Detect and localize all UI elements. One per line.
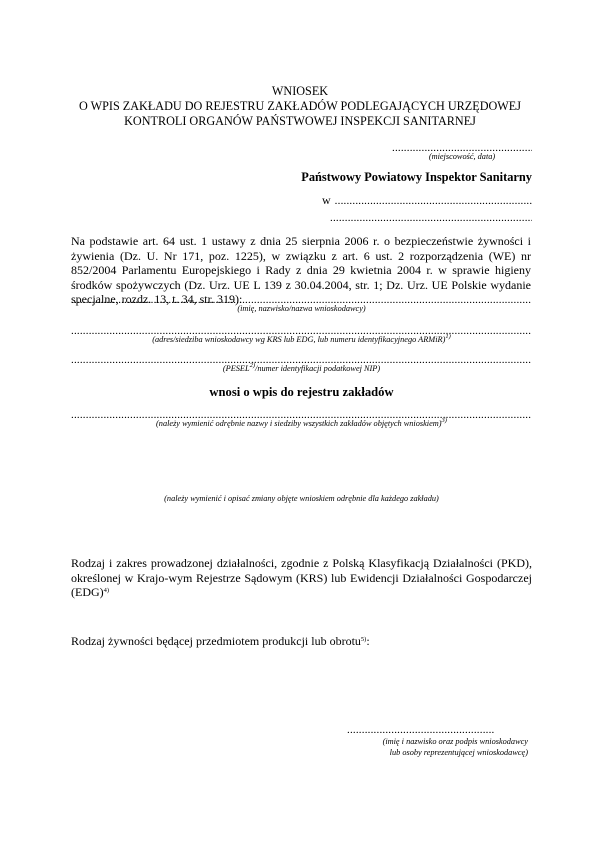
addressee-w-prefix: w [322, 193, 331, 208]
addressee-location-line: w ......................................… [322, 193, 532, 208]
applicant-address-caption: (adres/siedziba wnioskodawcy wg KRS lub … [71, 335, 532, 345]
activity-paragraph: Rodzaj i zakres prowadzonej działalności… [71, 556, 532, 600]
footnote-3: 3) [442, 417, 447, 424]
food-type-suffix: : [366, 634, 369, 648]
title-line-3: KONTROLI ORGANÓW PAŃSTWOWEJ INSPEKCJI SA… [60, 114, 540, 129]
request-heading: wnosi o wpis do rejestru zakładów [71, 385, 532, 400]
activity-text: Rodzaj i zakres prowadzonej działalności… [71, 556, 532, 599]
document-title: WNIOSEK O WPIS ZAKŁADU DO REJESTRU ZAKŁA… [60, 84, 540, 129]
footnote-4: 4) [104, 587, 109, 594]
applicant-address-caption-text: (adres/siedziba wnioskodawcy wg KRS lub … [152, 335, 445, 344]
pesel-caption-pre: (PESEL [223, 364, 250, 373]
food-type-line: Rodzaj żywności będącej przedmiotem prod… [71, 634, 532, 648]
place-date-caption: (miejscowość, data) [392, 152, 532, 162]
signature-caption-line-1: (imię i nazwisko oraz podpis wnioskodawc… [300, 736, 528, 747]
title-line-2: O WPIS ZAKŁADU DO REJESTRU ZAKŁADÓW PODL… [60, 99, 540, 114]
pesel-nip-caption: (PESEL2)/numer identyfikacji podatkowej … [71, 364, 532, 374]
establishments-caption-text: (należy wymienić odrębnie nazwy i siedzi… [156, 419, 442, 428]
establishments-caption: (należy wymienić odrębnie nazwy i siedzi… [71, 419, 532, 429]
food-type-text: Rodzaj żywności będącej przedmiotem prod… [71, 634, 361, 648]
signature-caption-line-2: lub osoby reprezentującej wnioskodawcę) [300, 747, 528, 758]
signature-dotted-line[interactable]: ........................................… [347, 725, 528, 735]
document-page: WNIOSEK O WPIS ZAKŁADU DO REJESTRU ZAKŁA… [0, 0, 599, 848]
addressee-title: Państwowy Powiatowy Inspektor Sanitarny [300, 170, 532, 185]
signature-caption: (imię i nazwisko oraz podpis wnioskodawc… [300, 736, 528, 758]
title-line-1: WNIOSEK [60, 84, 540, 99]
changes-caption: (należy wymienić i opisać zmiany objęte … [71, 494, 532, 504]
footnote-1: 1) [445, 333, 450, 340]
pesel-caption-post: /numer identyfikacji podatkowej NIP) [255, 364, 380, 373]
addressee-dotted-line-1[interactable]: ........................................… [335, 196, 532, 206]
applicant-name-caption: (imię, nazwisko/nazwa wnioskodawcy) [71, 304, 532, 314]
addressee-dotted-line-2[interactable]: ........................................… [330, 213, 532, 223]
